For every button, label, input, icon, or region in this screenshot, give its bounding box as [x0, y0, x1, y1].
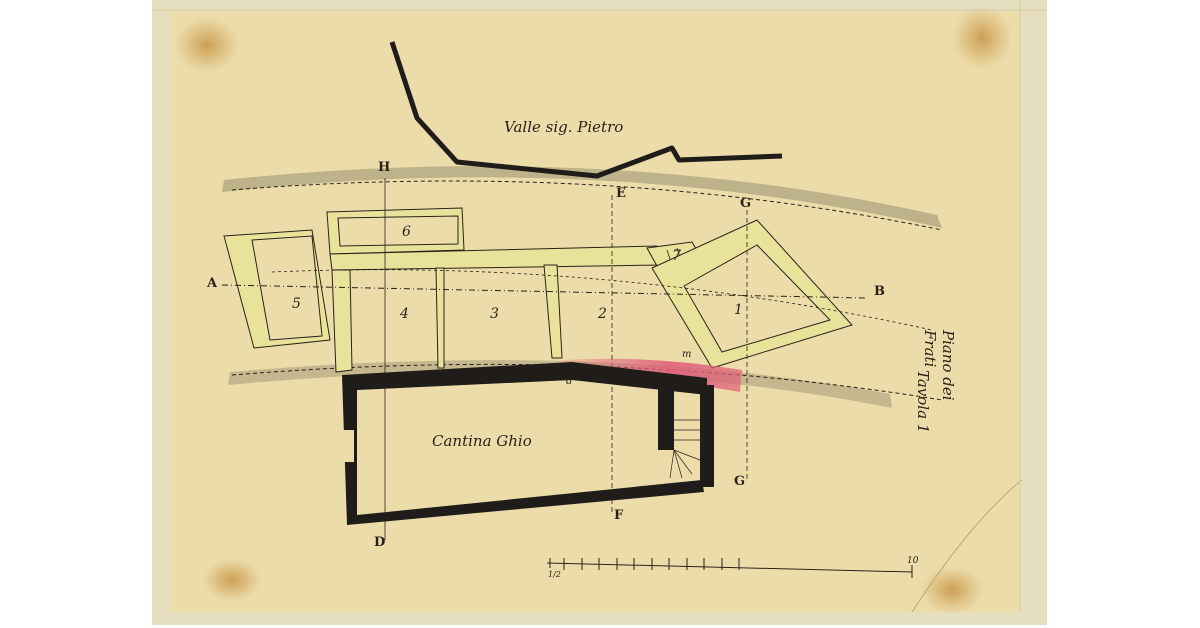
mark-m: m [682, 349, 691, 360]
drawing-sheet: Valle sig. Pietro Cantina Ghio Tavola 1 … [152, 0, 1047, 625]
mark-d: d [566, 376, 572, 387]
stain [920, 566, 984, 614]
room-2-label: 2 [598, 306, 607, 322]
stain [175, 17, 239, 73]
scale-fraction-label: 1/2 [548, 570, 561, 579]
room-6-label: 6 [402, 224, 411, 240]
room-7-label: 7 [672, 248, 681, 264]
label-valle: Valle sig. Pietro [504, 118, 623, 136]
room-4-label: 4 [400, 306, 409, 322]
room-5-label: 5 [292, 296, 301, 312]
room-1-label: 1 [734, 302, 743, 318]
label-cantina: Cantina Ghio [432, 432, 532, 450]
section-mark-b: B [874, 284, 885, 299]
scale-end-label: 10 [907, 556, 918, 566]
stain [202, 558, 262, 602]
section-mark-g-bottom: G [734, 474, 745, 489]
section-mark-a: A [207, 276, 217, 291]
section-mark-e: E [616, 186, 626, 201]
section-mark-f: F [614, 508, 623, 523]
sheet-subtitle: Piano dei Frati [921, 330, 957, 420]
section-mark-d: D [374, 535, 385, 550]
section-mark-g: G [740, 196, 751, 211]
room-3-label: 3 [490, 306, 499, 322]
stain [952, 6, 1012, 70]
section-mark-h: H [378, 160, 390, 175]
